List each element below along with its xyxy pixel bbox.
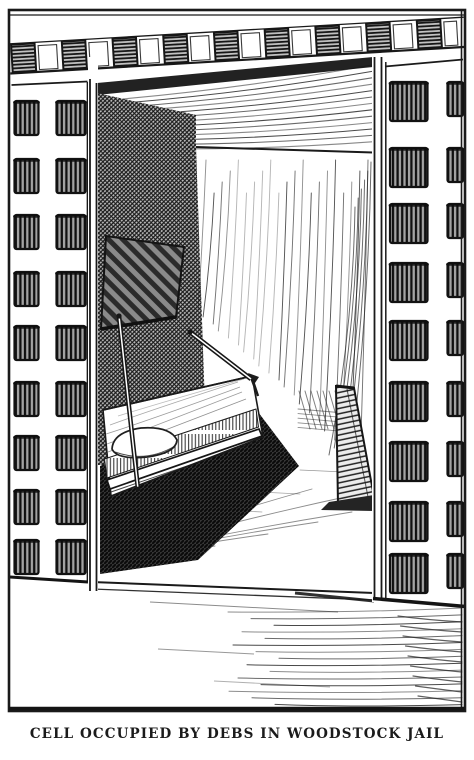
jail-cell-engraving (0, 0, 474, 715)
door-sill (92, 582, 374, 601)
leaning-plank (321, 386, 374, 511)
left-block-wall (10, 57, 98, 592)
right-block-wall (372, 56, 466, 607)
exterior-floor-hatching (150, 602, 462, 706)
scanned-book-page: CELL OCCUPIED BY DEBS IN WOODSTOCK JAIL (0, 0, 474, 760)
checkered-blanket (101, 236, 184, 329)
figure-caption: CELL OCCUPIED BY DEBS IN WOODSTOCK JAIL (0, 726, 474, 742)
cell-interior (92, 57, 374, 601)
